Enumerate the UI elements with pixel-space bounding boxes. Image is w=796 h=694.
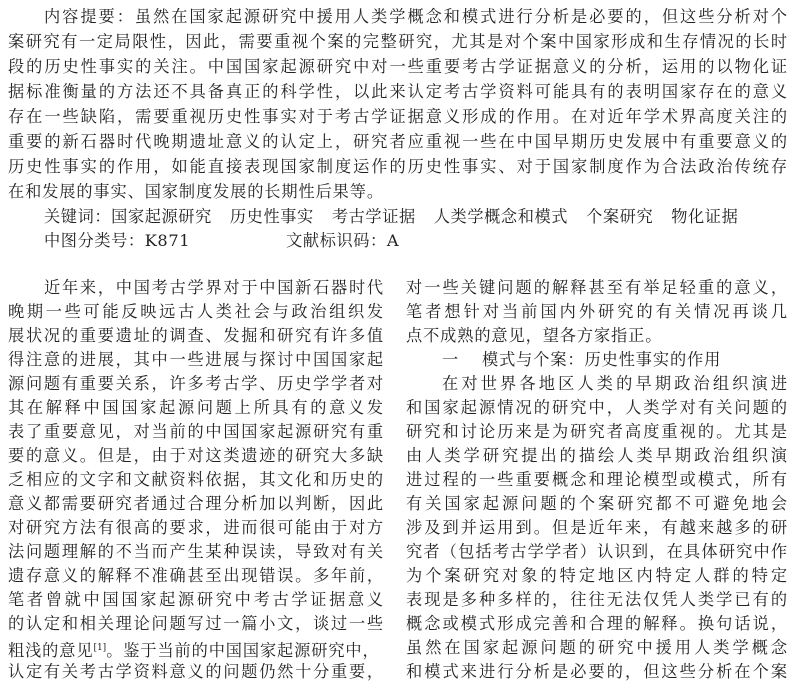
abstract-line: 历史性事实的作用，如能直接表现国家制度运作的历史性事实、对于国家制度作为合法政治… <box>8 156 788 178</box>
keyword: 考古学证据 <box>332 207 416 226</box>
body-line: 在对世界各地区人类的早期政治组织演进 <box>442 373 788 395</box>
body-line: 涉及到并运用到。但是近年来，有越来越多的研 <box>406 517 788 539</box>
body-line: 其在解释中国国家起源问题上所具有的意义发 <box>8 397 384 419</box>
doc-code-value: A <box>387 231 399 250</box>
body-line: 近年来，中国考古学界对于中国新石器时代 <box>44 277 384 299</box>
body-line: 法问题理解的不当而产生某种误读，导致对有关 <box>8 541 384 563</box>
doc-code-label: 文献标识码： <box>286 231 387 250</box>
footnote-ref-link[interactable]: [1] <box>93 643 106 653</box>
body-line: 的认定和相关理论问题写过一篇小文，谈过一些 <box>8 613 384 635</box>
body-line: 乏相应的文字和文献资料依据，其文化和历史的 <box>8 469 384 491</box>
section-heading: 一模式与个案：历史性事实的作用 <box>442 349 721 371</box>
body-line: 意义都需要研究者通过合理分析加以判断，因此 <box>8 493 384 515</box>
body-line: 笔者想针对当前国内外研究的有关情况再谈几 <box>406 301 788 323</box>
classification: 中图分类号：K871文献标识码：A <box>44 230 399 252</box>
keyword: 历史性事实 <box>230 207 314 226</box>
abstract-line: 存在一些缺陷，需要重视历史性事实对于考古学证据意义形成的作用。在对近年学术界高度… <box>8 106 788 128</box>
body-line: 源问题有重要关系，许多考古学、历史学学者对 <box>8 373 384 395</box>
body-line: 有关国家起源问题的个案研究都不可避免地会 <box>406 493 788 515</box>
clc-value: K871 <box>145 231 190 250</box>
body-line: 晚期一些可能反映远古人类社会与政治组织发 <box>8 301 384 323</box>
body-line: 对研究方法有很高的要求，进而很可能由于对方 <box>8 517 384 539</box>
keyword: 国家起源研究 <box>111 207 212 226</box>
body-line: 概念或模式形成完善和合理的解释。换句话说， <box>406 613 788 635</box>
abstract-line: 案研究有一定局限性，因此，需要重视个案的完整研究，尤其是对个案中国家形成和生存情… <box>8 31 788 53</box>
abstract-line: 段的历史性事实的关注。中国国家起源研究中对一些重要考古学证据意义的分析，运用的以… <box>8 56 788 78</box>
abstract-line: 在和发展的事实、国家制度发展的长期性后果等。 <box>8 181 788 203</box>
body-line: 笔者曾就中国国家起源研究中考古学证据意义 <box>8 589 384 611</box>
abstract-line: 重要的新石器时代晚期遗址意义的认定上，研究者应重视一些在中国早期历史发展中有重要… <box>8 131 788 153</box>
body-line: 点不成熟的意见，望各方家指正。 <box>406 325 788 347</box>
abstract-line: 内容提要：虽然在国家起源研究中援用人类学概念和模式进行分析是必要的，但这些分析对… <box>44 6 788 28</box>
body-line: 要的意义。但是，由于对这类遗迹的研究大多缺 <box>8 445 384 467</box>
body-line: 和国家起源情况的研究中，人类学对有关问题的 <box>406 397 788 419</box>
body-line: 和模式来进行分析是必要的，但这些分析在个案 <box>406 661 788 683</box>
clc-label: 中图分类号： <box>44 231 145 250</box>
body-text: 。鉴于当前的中国国家起源研究中， <box>106 641 379 660</box>
section-title: 模式与个案：历史性事实的作用 <box>482 350 721 369</box>
keyword: 人类学概念和模式 <box>434 207 568 226</box>
keywords-label: 关键词： <box>44 207 111 226</box>
body-line: 为个案研究对象的特定地区内特定人群的特定 <box>406 565 788 587</box>
body-line: 进过程的一些重要概念和理论模型或模式，所有 <box>406 469 788 491</box>
body-line-with-footnote: 粗浅的意见[1]。鉴于当前的中国国家起源研究中， <box>8 637 384 662</box>
body-line: 虽然在国家起源问题的研究中援用人类学概念 <box>406 637 788 659</box>
body-line: 表现是多种多样的，往往无法仅凭人类学已有的 <box>406 589 788 611</box>
body-line: 对一些关键问题的解释甚至有举足轻重的意义， <box>406 277 788 299</box>
keyword: 物化证据 <box>671 207 738 226</box>
body-line: 遗存意义的解释不准确甚至出现错误。多年前， <box>8 565 384 587</box>
keyword: 个案研究 <box>586 207 653 226</box>
body-line: 究者（包括考古学学者）认识到，在具体研究中作 <box>406 541 788 563</box>
body-line: 展状况的重要遗址的调查、发掘和研究有许多值 <box>8 325 384 347</box>
keywords: 关键词：国家起源研究历史性事实考古学证据人类学概念和模式个案研究物化证据 <box>44 206 738 228</box>
body-line: 由人类学研究提出的描绘人类早期政治组织演 <box>406 445 788 467</box>
body-line: 认定有关考古学资料意义的问题仍然十分重要， <box>8 661 384 683</box>
body-line: 表了重要意见，对当前的中国国家起源研究有重 <box>8 421 384 443</box>
body-line: 得注意的进展，其中一些进展与探讨中国国家起 <box>8 349 384 371</box>
abstract-line: 据标准衡量的方法还不具备真正的科学性，以此来认定考古学资料可能具有的表明国家存在… <box>8 81 788 103</box>
body-line: 研究和讨论历来是为研究者高度重视的。尤其是 <box>406 421 788 443</box>
section-number: 一 <box>442 349 482 371</box>
body-text: 粗浅的意见 <box>8 641 93 660</box>
